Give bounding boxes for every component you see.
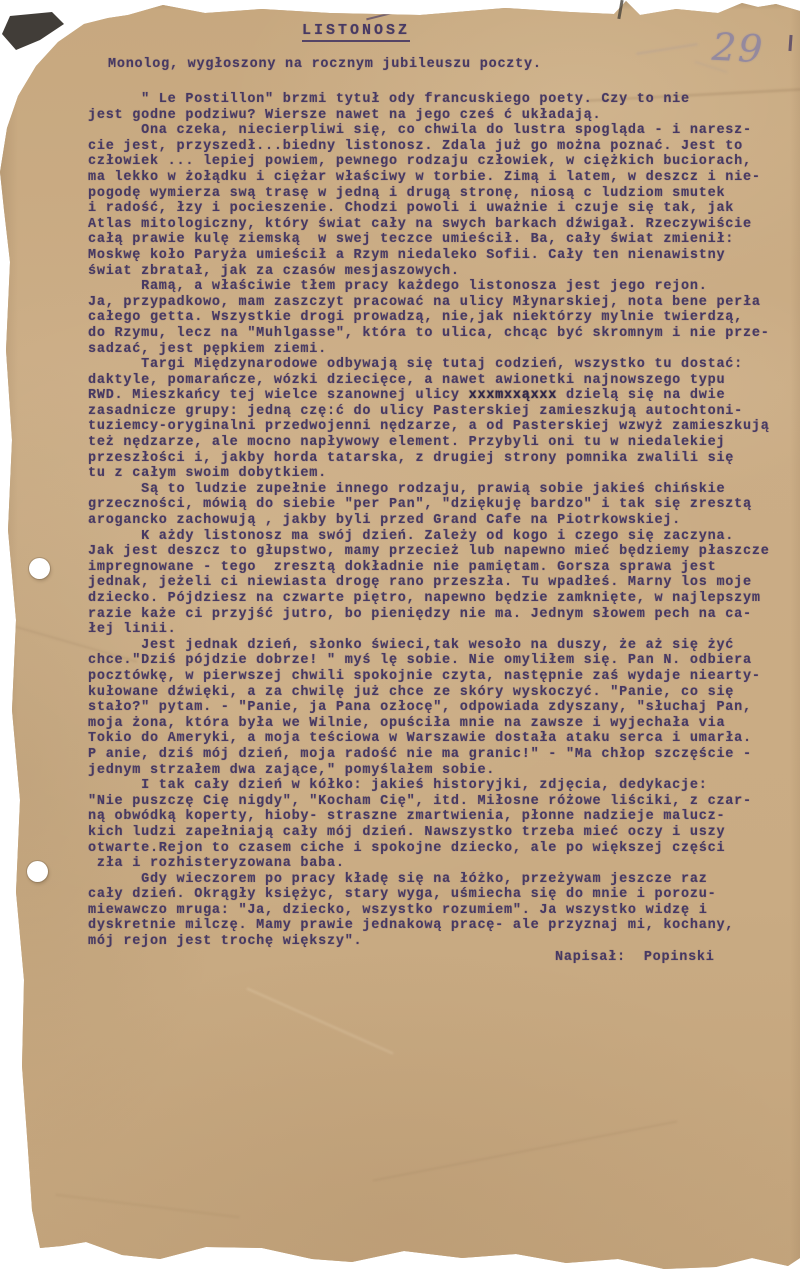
line-segment: dzielą się na dwie [557, 388, 725, 403]
typed-line: do Rzymu, lecz na "Muhlgasse", która to … [88, 326, 794, 342]
paragraph: I tak cały dzień w kółko: jakieś history… [88, 778, 794, 872]
pencil-page-number: 29 [711, 25, 766, 72]
typed-line: sadzać, jest pępkiem ziemi. [88, 342, 794, 358]
typed-line: zła i rozhisteryzowana baba. [88, 856, 794, 872]
typed-line: otwarte.Rejon to czasem ciche i spokojne… [88, 841, 794, 857]
overstruck-word: xxxmxxąxxx [469, 388, 558, 403]
punch-hole [29, 558, 50, 579]
typed-line: Ramą, a właściwie tłem pracy każdego lis… [88, 279, 794, 295]
typed-line: jest godne podziwu? Wiersze nawet na jeg… [88, 108, 794, 124]
typed-line: przeszłości i, jakby horda tatarska, z d… [88, 451, 794, 467]
typed-line: miewawczo mruga: "Ja, dziecko, wszystko … [88, 903, 794, 919]
typed-line: RWD. Mieszkańcy tej wielce szanownej uli… [88, 388, 794, 404]
typed-line: razie każe ci przyjść jutro, bo pieniędz… [88, 607, 794, 623]
line-segment: RWD. Mieszkańcy tej wielce szanownej uli… [88, 388, 469, 403]
typed-line: moja żona, która była we Wilnie, opuścił… [88, 716, 794, 732]
typed-line: kich ludzi zapełniają cały mój dzień. Na… [88, 825, 794, 841]
typed-line: jednym strzałem dwa zające," pomyślałem … [88, 763, 794, 779]
typed-line: I tak cały dzień w kółko: jakieś history… [88, 778, 794, 794]
typed-line: dziecko. Pójdziesz na czwarte piętro, na… [88, 591, 794, 607]
typed-line: cie jest, przyszedł...biedny listonosz. … [88, 139, 794, 155]
paper-sheet: LISTONOSZ 29 Monolog, wygłoszony na rocz… [0, 0, 800, 1287]
typed-line: pogodę wymierza swą trasę w jedną i drug… [88, 186, 794, 202]
typed-line: daktyle, pomarańcze, wózki dziecięce, a … [88, 373, 794, 389]
typed-line: całego getta. Wszystkie drogi prowadzą, … [88, 310, 794, 326]
typed-line: Atlas mitologiczny, który świat cały na … [88, 217, 794, 233]
typed-line: Moskwę koło Paryża umieścił a Rzym nieda… [88, 248, 794, 264]
typed-line: świat zbratał, jak za czasów mesjaszowyc… [88, 264, 794, 280]
signature-name: Popinski [644, 950, 715, 965]
typed-line: " Le Postillon" brzmi tytuł ody francusk… [88, 92, 794, 108]
paragraph: Jest jednak dzień, słonko świeci,tak wes… [88, 638, 794, 778]
typed-line: kułowane dźwięki, a za chwilę już chce z… [88, 685, 794, 701]
typed-line: człowiek ... lepiej powiem, pewnego rodz… [88, 154, 794, 170]
typed-line: arogancko zachowują , jakby byli przed G… [88, 513, 794, 529]
typed-line: stało?" pytam. - "Panie, ja Pana ozłocę"… [88, 700, 794, 716]
typed-line: "Nie puszczę Cię nigdy", "Kocham Cię", i… [88, 794, 794, 810]
ink-fleck [788, 35, 792, 51]
typed-line: impregnowane - tego zresztą dokładnie ni… [88, 560, 794, 576]
typed-line: Jak jest deszcz to głupstwo, mamy przeci… [88, 544, 794, 560]
typed-line: jednak, jeżeli ci niewiasta drogę rano p… [88, 575, 794, 591]
stray-ink-mark [366, 12, 394, 21]
document-subtitle: Monolog, wygłoszony na rocznym jubileusz… [108, 57, 542, 72]
punch-hole [27, 861, 48, 882]
paragraph: Targi Międzynarodowe odbywają się tutaj … [88, 357, 794, 482]
typed-line: Gdy wieczorem po pracy kładę się na łóżk… [88, 872, 794, 888]
typed-line: całą prawie kulę ziemską w swej teczce u… [88, 232, 794, 248]
typed-body: " Le Postillon" brzmi tytuł ody francusk… [88, 92, 794, 950]
typed-line: P anie, dziś mój dzień, moja radość nie … [88, 747, 794, 763]
typed-line: chce."Dziś pójdzie dobrze! " myś lę sobi… [88, 653, 794, 669]
typed-line: i radość, łzy i pocieszenie. Chodzi powo… [88, 201, 794, 217]
typed-line: Tokio do Ameryki, a moja teściowa w Wars… [88, 731, 794, 747]
typed-line: też nędzarze, ale mocno napływowy elemen… [88, 435, 794, 451]
typed-line: ną obwódką koperty, hioby- straszne zmar… [88, 809, 794, 825]
document-title: LISTONOSZ [302, 22, 410, 42]
paper-crease [247, 988, 394, 1055]
paragraph: " Le Postillon" brzmi tytuł ody francusk… [88, 92, 794, 123]
paragraph: Gdy wieczorem po pracy kładę się na łóżk… [88, 872, 794, 950]
typed-line: cały dzień. Okrągły księżyc, stary wyga,… [88, 887, 794, 903]
signature-label: Napisał: [555, 950, 626, 965]
typed-line: ma lekko w żołądku i ciężar właściwy w t… [88, 170, 794, 186]
typed-line: tuziemcy-oryginalni przedwojenni nędzarz… [88, 419, 794, 435]
typed-line: zasadnicze grupy: jedną czę:ć do ulicy P… [88, 404, 794, 420]
typed-line: Jest jednak dzień, słonko świeci,tak wes… [88, 638, 794, 654]
typed-line: łej linii. [88, 622, 794, 638]
typed-line: Ja, przypadkowo, mam zaszczyt pracować n… [88, 295, 794, 311]
typed-line: dyskretnie milczę. Mamy prawie jednakową… [88, 918, 794, 934]
typed-line: K ażdy listonosz ma swój dzień. Zależy o… [88, 529, 794, 545]
typed-line: mój rejon jest trochę większy". [88, 934, 794, 950]
pencil-smudge [636, 43, 698, 55]
paragraph: Ramą, a właściwie tłem pracy każdego lis… [88, 279, 794, 357]
scanned-document: LISTONOSZ 29 Monolog, wygłoszony na rocz… [0, 0, 800, 1287]
paragraph: Są to ludzie zupełnie innego rodzaju, pr… [88, 482, 794, 529]
signature-line: Napisał:Popinski [555, 950, 715, 965]
typed-line: Targi Międzynarodowe odbywają się tutaj … [88, 357, 794, 373]
typed-line: tu z całym swoim dobytkiem. [88, 466, 794, 482]
paragraph: Ona czeka, niecierpliwi się, co chwila d… [88, 123, 794, 279]
paper-crease [56, 1194, 240, 1219]
typed-line: Są to ludzie zupełnie innego rodzaju, pr… [88, 482, 794, 498]
typed-line: pocztówkę, w pierwszej chwili spokojnie … [88, 669, 794, 685]
typed-line: Ona czeka, niecierpliwi się, co chwila d… [88, 123, 794, 139]
paper-crease [373, 1120, 678, 1181]
typed-line: grzeczności, mówią do siebie "per Pan", … [88, 497, 794, 513]
paragraph: K ażdy listonosz ma swój dzień. Zależy o… [88, 529, 794, 638]
